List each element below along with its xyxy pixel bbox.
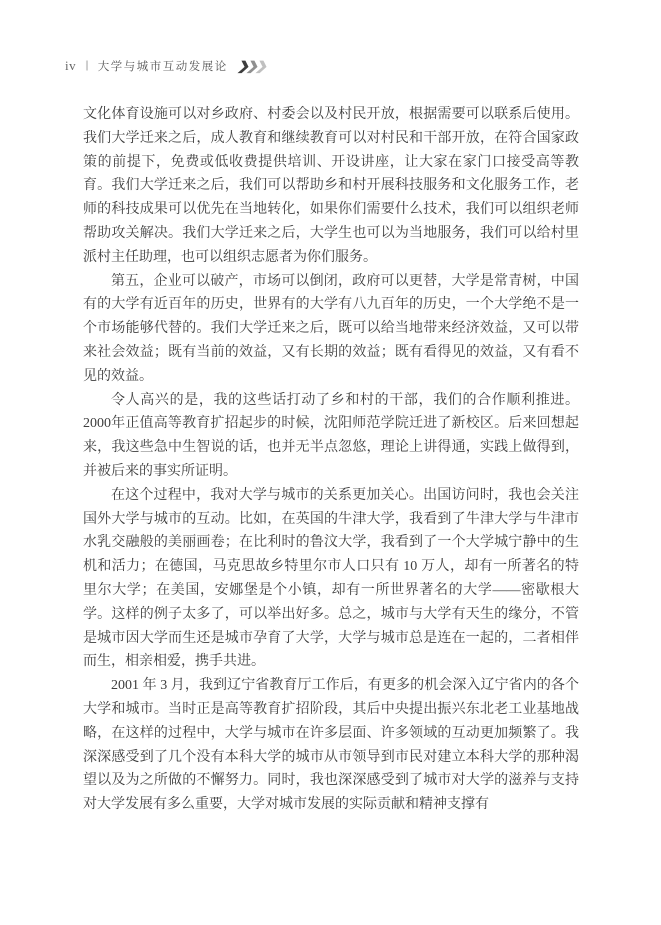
paragraph: 令人高兴的是，我的这些话打动了乡和村的干部，我们的合作顺利推进。2000年正值高…: [83, 389, 579, 484]
running-header: iv ‖ 大学与城市互动发展论 ❯ ❯ ❯: [65, 57, 596, 75]
book-title: 大学与城市互动发展论: [98, 58, 228, 74]
paragraph: 文化体育设施可以对乡政府、村委会以及村民开放，根据需要可以联系后使用。我们大学迁…: [83, 103, 579, 270]
page-number: iv: [65, 58, 76, 74]
paragraph: 2001 年 3 月，我到辽宁省教育厅工作后，有更多的机会深入辽宁省内的各个大学…: [83, 674, 579, 817]
book-page: iv ‖ 大学与城市互动发展论 ❯ ❯ ❯ 文化体育设施可以对乡政府、村委会以及…: [0, 0, 661, 925]
chevron-right-icon: ❯: [255, 60, 268, 72]
paragraph: 在这个过程中，我对大学与城市的关系更加关心。出国访问时，我也会关注国外大学与城市…: [83, 484, 579, 674]
header-arrows: ❯ ❯ ❯: [238, 60, 265, 72]
page-body: 文化体育设施可以对乡政府、村委会以及村民开放，根据需要可以联系后使用。我们大学迁…: [83, 103, 579, 817]
header-divider: ‖: [85, 57, 89, 75]
paragraph: 第五，企业可以破产，市场可以倒闭，政府可以更替，大学是常青树，中国有的大学有近百…: [83, 270, 579, 389]
